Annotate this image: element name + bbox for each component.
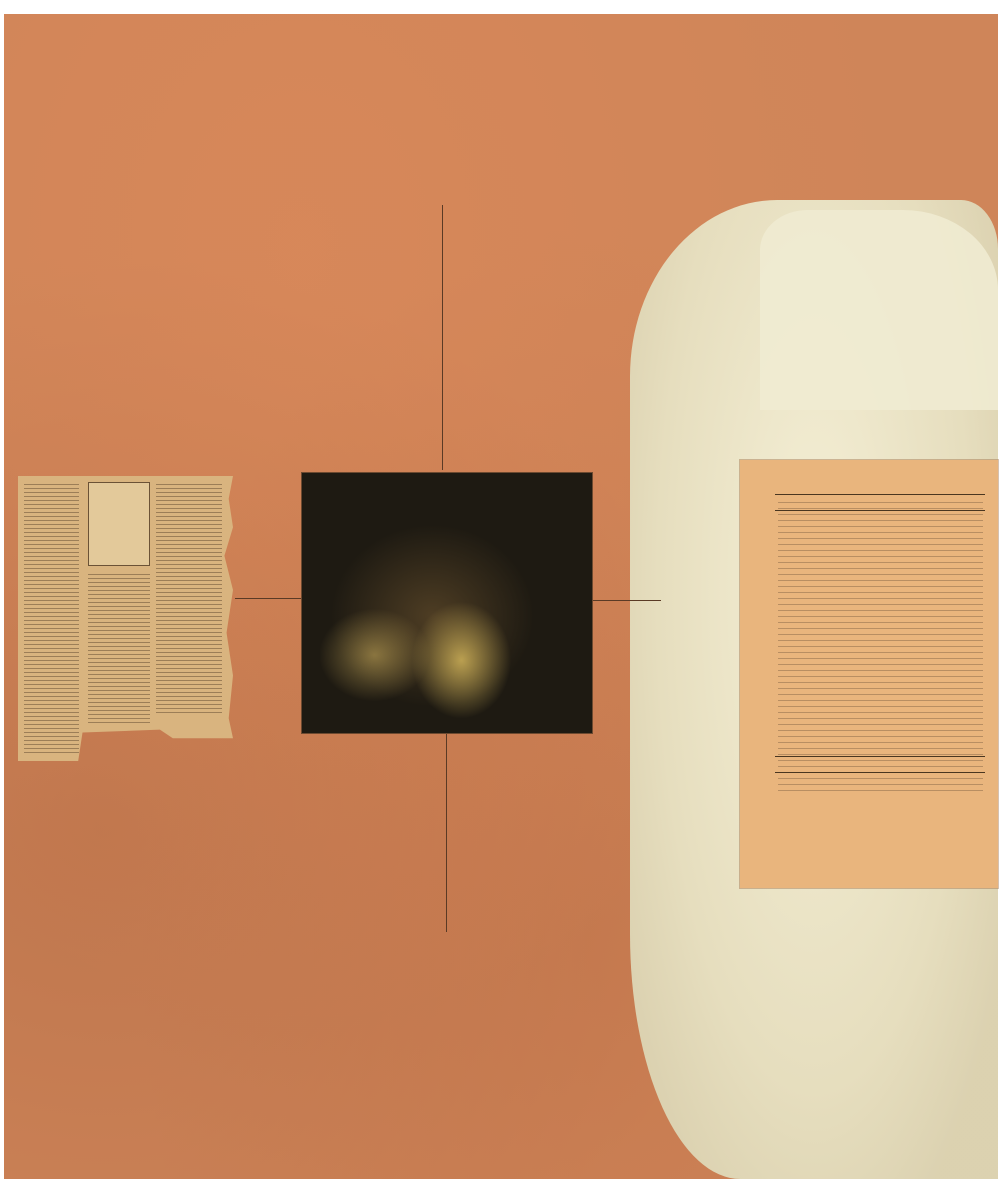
text-column [88, 574, 150, 724]
text-column [156, 484, 222, 714]
newspaper-clipping: Hebrew newspaper clipping with portrait … [18, 476, 233, 761]
pencil-line-vertical-bottom [446, 732, 447, 932]
night-watch-reproduction: Reproduction of Rembrandt's The Night Wa… [301, 472, 593, 734]
portrait-sketch [88, 482, 150, 566]
table-rows [778, 502, 983, 792]
table-rule [775, 756, 985, 757]
text-column [24, 484, 79, 754]
table-rule [775, 494, 985, 495]
pencil-line-horizontal-right [591, 600, 661, 601]
pencil-line-horizontal-left [235, 598, 301, 599]
typed-table-document: Typed Hebrew table document on paper [740, 460, 998, 888]
table-rule [775, 772, 985, 773]
white-paint-area-top [760, 210, 998, 410]
pencil-line-vertical-top [442, 205, 443, 470]
